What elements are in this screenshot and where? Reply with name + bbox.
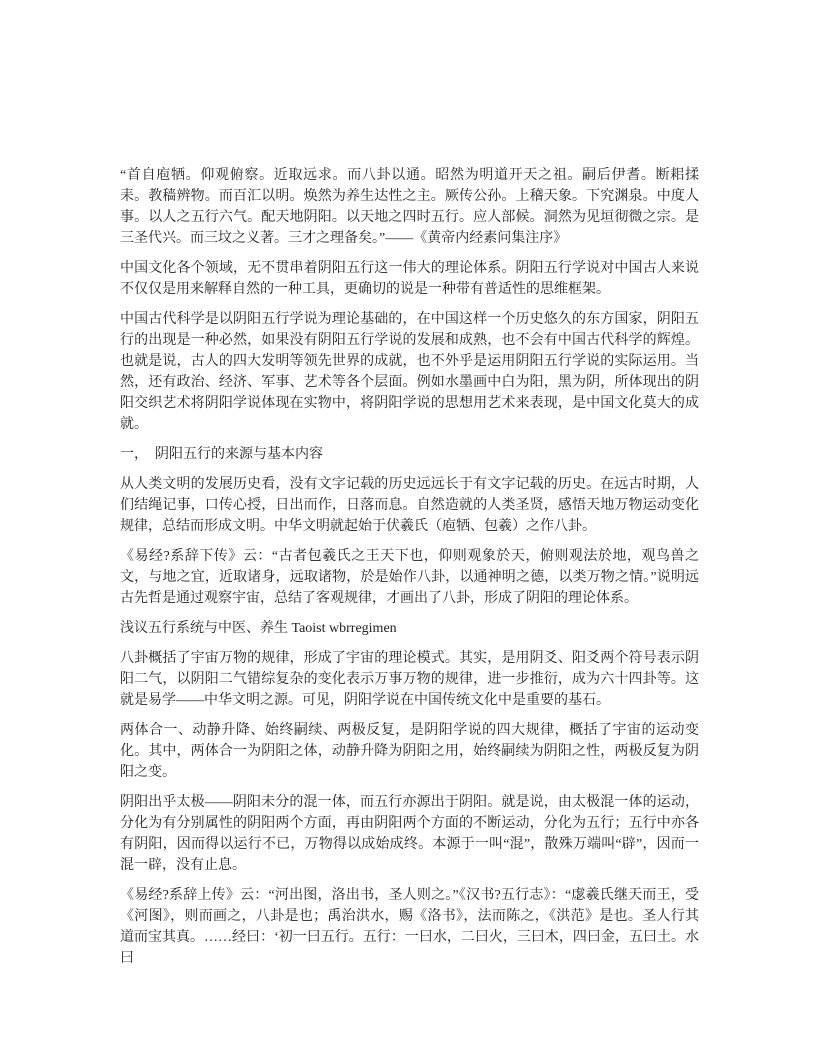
opening-quote-paragraph: “首自庖牺。仰观俯察。近取远求。而八卦以通。昭然为明道开天之祖。嗣后伊耆。断耜揉…	[120, 165, 699, 249]
taiji-origin-paragraph: 阴阳出乎太极——阴阳未分的混一体，而五行亦源出于阴阳。就是说，由太极混一体的运动…	[120, 792, 699, 876]
document-page: “首自庖牺。仰观俯察。近取远求。而八卦以通。昭然为明道开天之祖。嗣后伊耆。断耜揉…	[0, 0, 816, 1056]
civilization-history-paragraph: 从人类文明的发展历史看，没有文字记载的历史远远长于有文字记载的历史。在远古时期，…	[120, 474, 699, 537]
four-laws-paragraph: 两体合一、动静升降、始终嗣续、两极反复，是阴阳学说的四大规律，概括了宇宙的运动变…	[120, 720, 699, 783]
ancient-science-paragraph: 中国古代科学是以阴阳五行学说为理论基础的，在中国这样一个历史悠久的东方国家，阴阳…	[120, 309, 699, 435]
five-elements-tcm-regimen-line: 浅议五行系统与中医、养生 Taoist wbrregimen	[120, 618, 699, 639]
section-heading-origin-and-content: 一， 阴阳五行的来源与基本内容	[120, 444, 699, 465]
bagua-summary-paragraph: 八卦概括了宇宙万物的规律，形成了宇宙的理论模式。其实，是用阴爻、阳爻两个符号表示…	[120, 648, 699, 711]
intro-paragraph: 中国文化各个领域，无不贯串着阴阳五行这一伟大的理论体系。阴阳五行学说对中国古人来…	[120, 258, 699, 300]
hetu-luoshu-paragraph: 《易经?系辞上传》云：“河出图，洛出书，圣人则之。”《汉书?五行志》：“虙羲氏继…	[120, 885, 699, 969]
yijing-xici-xia-paragraph: 《易经?系辞下传》云：“古者包羲氏之王天下也，仰则观象於天，俯则观法於地，观鸟兽…	[120, 546, 699, 609]
